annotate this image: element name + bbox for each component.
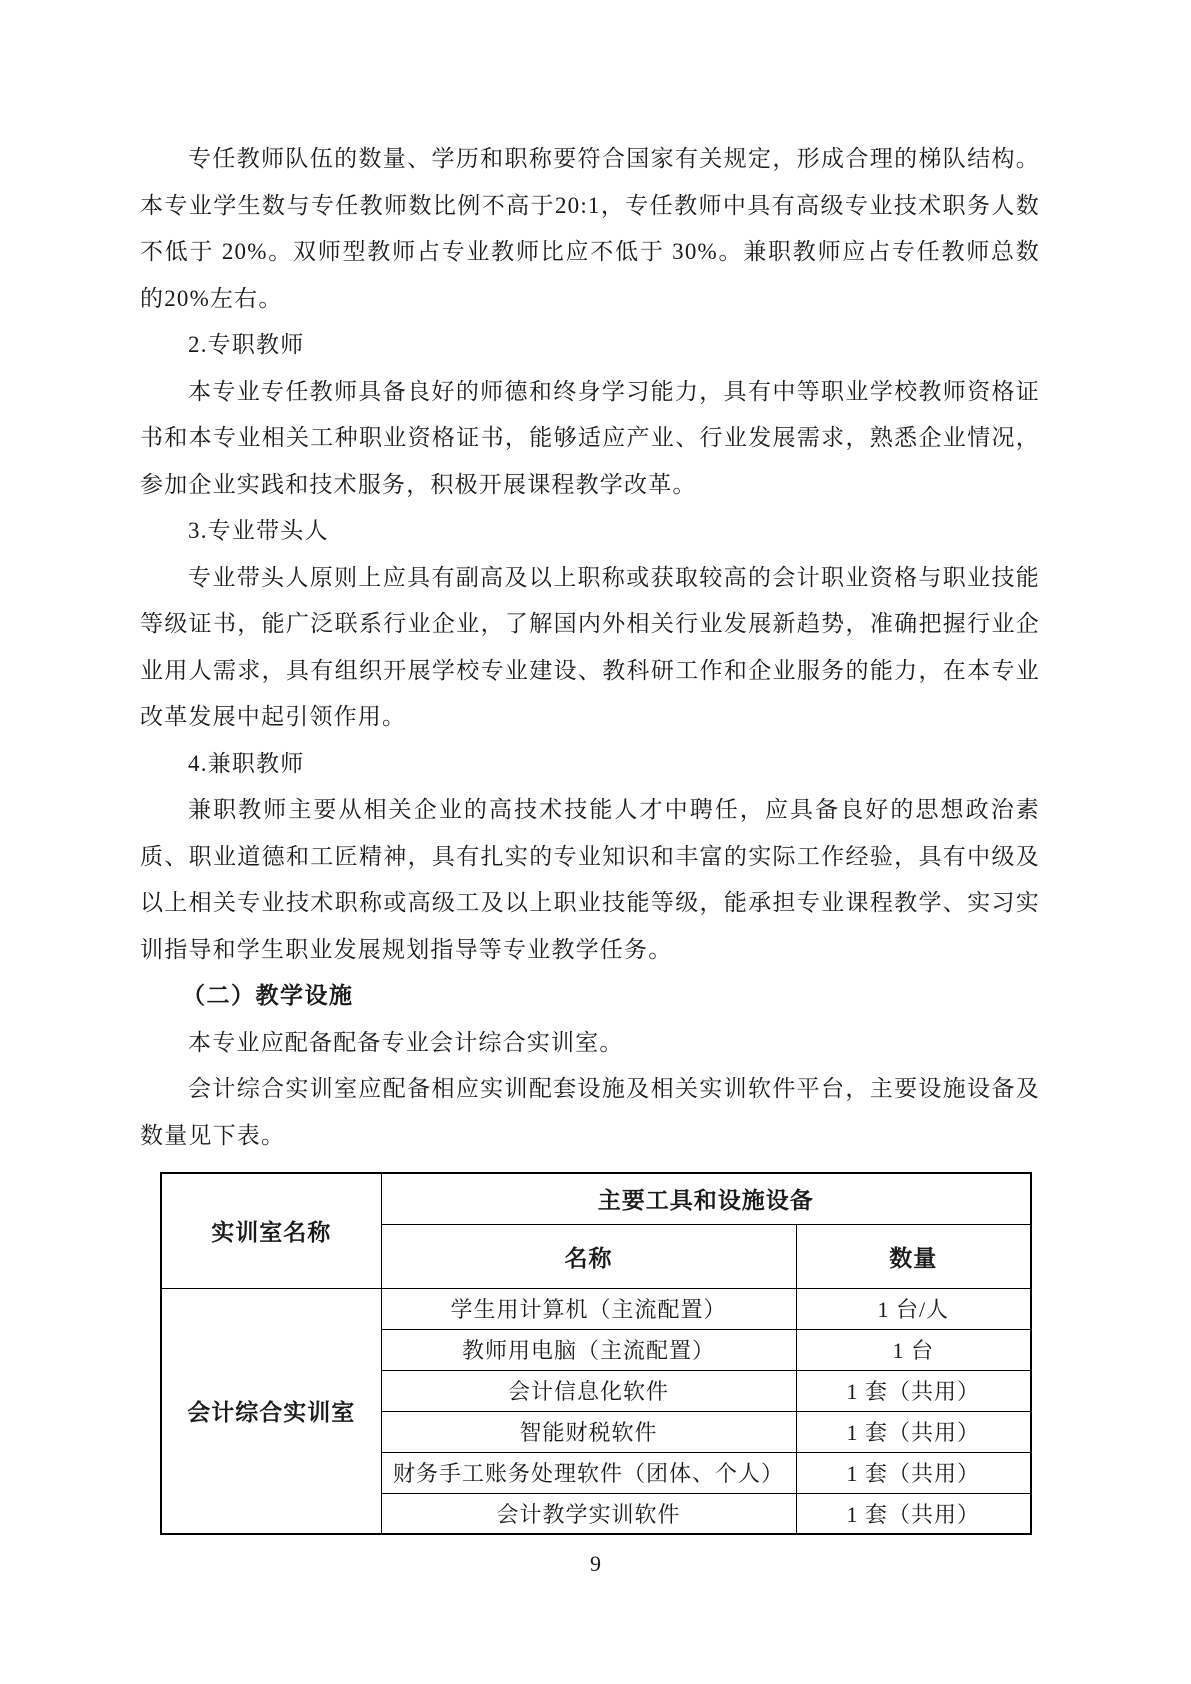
table-header-quantity: 数量 [796, 1224, 1031, 1288]
paragraph-part-time-teachers: 兼职教师主要从相关企业的高技术技能人才中聘任，应具备良好的思想政治素质、职业道德… [140, 787, 1040, 973]
table-header-row-1: 实训室名称 主要工具和设施设备 [161, 1173, 1031, 1224]
paragraph-teacher-team-requirements: 专任教师队伍的数量、学历和职称要符合国家有关规定，形成合理的梯队结构。本专业学生… [140, 136, 1040, 322]
heading-teaching-facilities: （二）教学设施 [140, 973, 1040, 1020]
equipment-table: 实训室名称 主要工具和设施设备 名称 数量 会计综合实训室 学生用计算机（主流配… [160, 1172, 1032, 1535]
table-cell-quantity: 1 套（共用） [796, 1411, 1031, 1452]
document-page: 专任教师队伍的数量、学历和职称要符合国家有关规定，形成合理的梯队结构。本专业学生… [0, 0, 1191, 1684]
table-cell-item-name: 财务手工账务处理软件（团体、个人） [381, 1452, 796, 1493]
table-cell-quantity: 1 套（共用） [796, 1452, 1031, 1493]
table-header-room-name: 实训室名称 [161, 1173, 381, 1288]
page-number: 9 [0, 1551, 1191, 1577]
heading-program-leader: 3.专业带头人 [140, 508, 1040, 555]
heading-part-time-teachers: 4.兼职教师 [140, 741, 1040, 788]
table-cell-item-name: 学生用计算机（主流配置） [381, 1288, 796, 1329]
paragraph-full-time-teachers: 本专业专任教师具备良好的师德和终身学习能力，具有中等职业学校教师资格证书和本专业… [140, 369, 1040, 509]
table-header-item-name: 名称 [381, 1224, 796, 1288]
heading-full-time-teachers: 2.专职教师 [140, 322, 1040, 369]
table-cell-quantity: 1 台/人 [796, 1288, 1031, 1329]
table-cell-item-name: 教师用电脑（主流配置） [381, 1329, 796, 1370]
table-cell-item-name: 会计信息化软件 [381, 1370, 796, 1411]
page-content: 专任教师队伍的数量、学历和职称要符合国家有关规定，形成合理的梯队结构。本专业学生… [140, 136, 1040, 1535]
paragraph-training-room-equipment-intro: 会计综合实训室应配备相应实训配套设施及相关实训软件平台，主要设施设备及数量见下表… [140, 1066, 1040, 1159]
table-cell-item-name: 智能财税软件 [381, 1411, 796, 1452]
table-cell-item-name: 会计教学实训软件 [381, 1493, 796, 1534]
table-row: 会计综合实训室 学生用计算机（主流配置） 1 台/人 [161, 1288, 1031, 1329]
paragraph-program-leader: 专业带头人原则上应具有副高及以上职称或获取较高的会计职业资格与职业技能等级证书，… [140, 555, 1040, 741]
table-cell-room: 会计综合实训室 [161, 1288, 381, 1534]
table-header-tools-equipment: 主要工具和设施设备 [381, 1173, 1031, 1224]
table-cell-quantity: 1 套（共用） [796, 1493, 1031, 1534]
table-cell-quantity: 1 套（共用） [796, 1370, 1031, 1411]
table-cell-quantity: 1 台 [796, 1329, 1031, 1370]
paragraph-training-room-requirement: 本专业应配备配备专业会计综合实训室。 [140, 1020, 1040, 1067]
